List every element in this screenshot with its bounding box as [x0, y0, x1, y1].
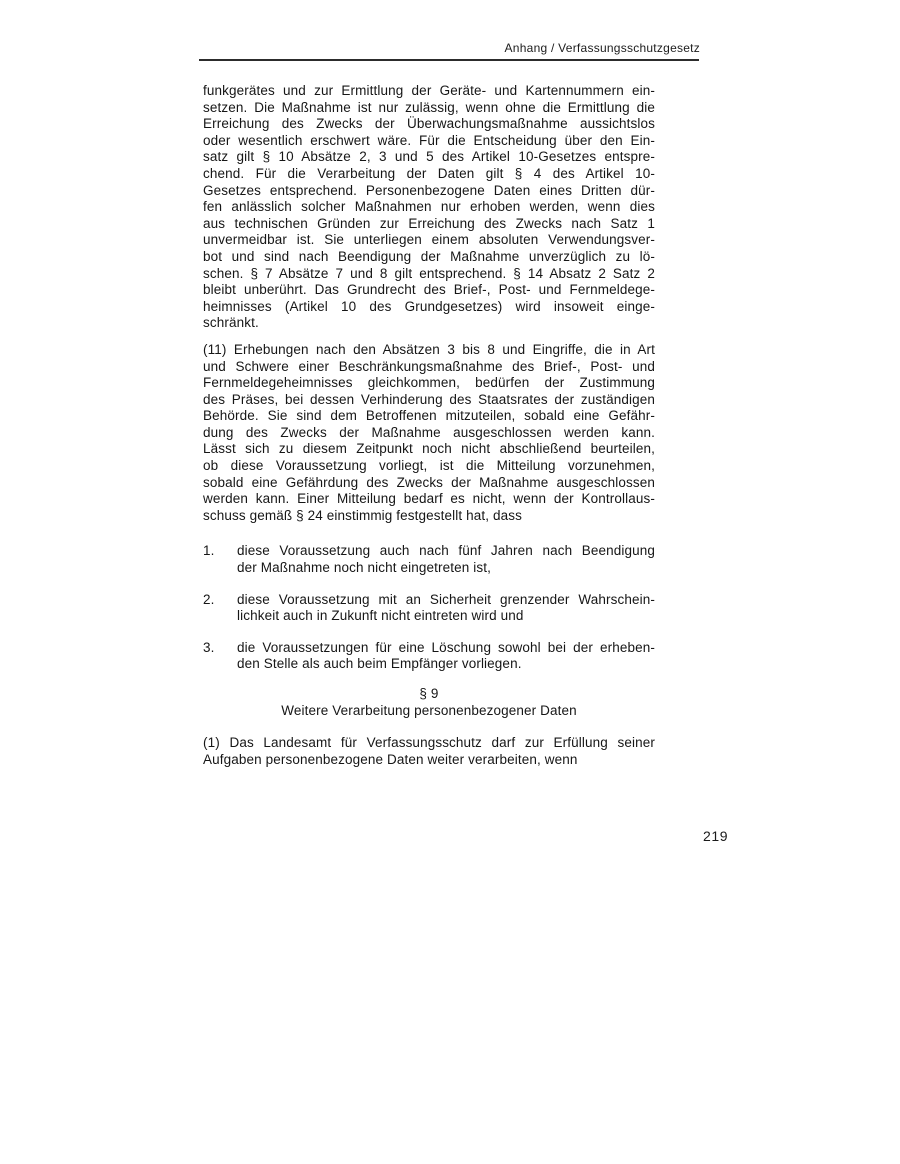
text-line: den Stelle als auch beim Empfänger vorli… — [237, 656, 655, 673]
paragraph-absatz-1: (1) Das Landesamt für Verfassungsschutz … — [203, 735, 655, 768]
text-line: schen. § 7 Absätze 7 und 8 gilt entsprec… — [203, 266, 655, 283]
numbered-list: 1. diese Voraussetzung auch nach fünf Ja… — [203, 543, 655, 673]
text-line: Gesetzes entsprechend. Personenbezogene … — [203, 183, 655, 200]
text-line: sobald eine Gefährdung des Zwecks der Ma… — [203, 475, 655, 492]
section-number: § 9 — [203, 686, 655, 703]
text-line: fen anlässlich solcher Maßnahmen nur erh… — [203, 199, 655, 216]
page-body-text: funkgerätes und zur Ermittlung der Gerät… — [203, 83, 655, 768]
section-heading: § 9 Weitere Verarbeitung personenbezogen… — [203, 686, 655, 719]
text-line: diese Voraussetzung auch nach fünf Jahre… — [237, 543, 655, 560]
text-line: chend. Für die Verarbeitung der Daten gi… — [203, 166, 655, 183]
text-line: dung des Zwecks der Maßnahme ausgeschlos… — [203, 425, 655, 442]
running-header: Anhang / Verfassungsschutzgesetz — [203, 41, 700, 55]
text-line: oder wesentlich erschwert wäre. Für die … — [203, 133, 655, 150]
text-line: bot und sind nach Beendigung der Maßnahm… — [203, 249, 655, 266]
text-line: und Schwere einer Beschränkungsmaßnahme … — [203, 359, 655, 376]
text-line: aus technischen Gründen zur Erreichung d… — [203, 216, 655, 233]
text-line: Erreichung des Zwecks der Überwachungsma… — [203, 116, 655, 133]
text-line: schuss gemäß § 24 einstimmig festgestell… — [203, 508, 655, 525]
list-item-number: 1. — [203, 543, 237, 576]
list-item-text: die Voraussetzungen für eine Löschung so… — [237, 640, 655, 673]
list-item-text: diese Voraussetzung auch nach fünf Jahre… — [237, 543, 655, 576]
text-line: Behörde. Sie sind dem Betroffenen mitzut… — [203, 408, 655, 425]
list-item: 3. die Voraussetzungen für eine Löschung… — [203, 640, 655, 673]
paragraph-absatz-11: (11) Erhebungen nach den Absätzen 3 bis … — [203, 342, 655, 525]
page-number: 219 — [703, 828, 728, 844]
text-line: satz gilt § 10 Absätze 2, 3 und 5 des Ar… — [203, 149, 655, 166]
text-line: des Präses, bei dessen Verhinderung des … — [203, 392, 655, 409]
text-line: Lässt sich zu diesem Zeitpunkt noch nich… — [203, 441, 655, 458]
text-line: (11) Erhebungen nach den Absätzen 3 bis … — [203, 342, 655, 359]
text-line: werden kann. Einer Mitteilung bedarf es … — [203, 491, 655, 508]
text-line: Fernmeldegeheimnisses gleichkommen, bedü… — [203, 375, 655, 392]
text-line: (1) Das Landesamt für Verfassungsschutz … — [203, 735, 655, 752]
document-page: Anhang / Verfassungsschutzgesetz funkger… — [0, 0, 900, 1164]
section-title: Weitere Verarbeitung personenbezogener D… — [203, 703, 655, 720]
text-line: schränkt. — [203, 315, 655, 332]
text-line: bleibt unberührt. Das Grundrecht des Bri… — [203, 282, 655, 299]
text-line: lichkeit auch in Zukunft nicht eintreten… — [237, 608, 655, 625]
list-item-number: 2. — [203, 592, 237, 625]
text-line: der Maßnahme noch nicht eingetreten ist, — [237, 560, 655, 577]
text-line: Aufgaben personenbezogene Daten weiter v… — [203, 752, 655, 769]
list-item-text: diese Voraussetzung mit an Sicherheit gr… — [237, 592, 655, 625]
list-item: 1. diese Voraussetzung auch nach fünf Ja… — [203, 543, 655, 576]
text-line: die Voraussetzungen für eine Löschung so… — [237, 640, 655, 657]
list-item: 2. diese Voraussetzung mit an Sicherheit… — [203, 592, 655, 625]
list-item-number: 3. — [203, 640, 237, 673]
text-line: diese Voraussetzung mit an Sicherheit gr… — [237, 592, 655, 609]
text-line: funkgerätes und zur Ermittlung der Gerät… — [203, 83, 655, 100]
text-line: unvermeidbar ist. Sie unterliegen einem … — [203, 232, 655, 249]
paragraph-section8-continuation: funkgerätes und zur Ermittlung der Gerät… — [203, 83, 655, 332]
text-line: setzen. Die Maßnahme ist nur zulässig, w… — [203, 100, 655, 117]
header-rule — [199, 59, 699, 61]
text-line: heimnisses (Artikel 10 des Grundgesetzes… — [203, 299, 655, 316]
text-line: ob diese Voraussetzung vorliegt, ist die… — [203, 458, 655, 475]
